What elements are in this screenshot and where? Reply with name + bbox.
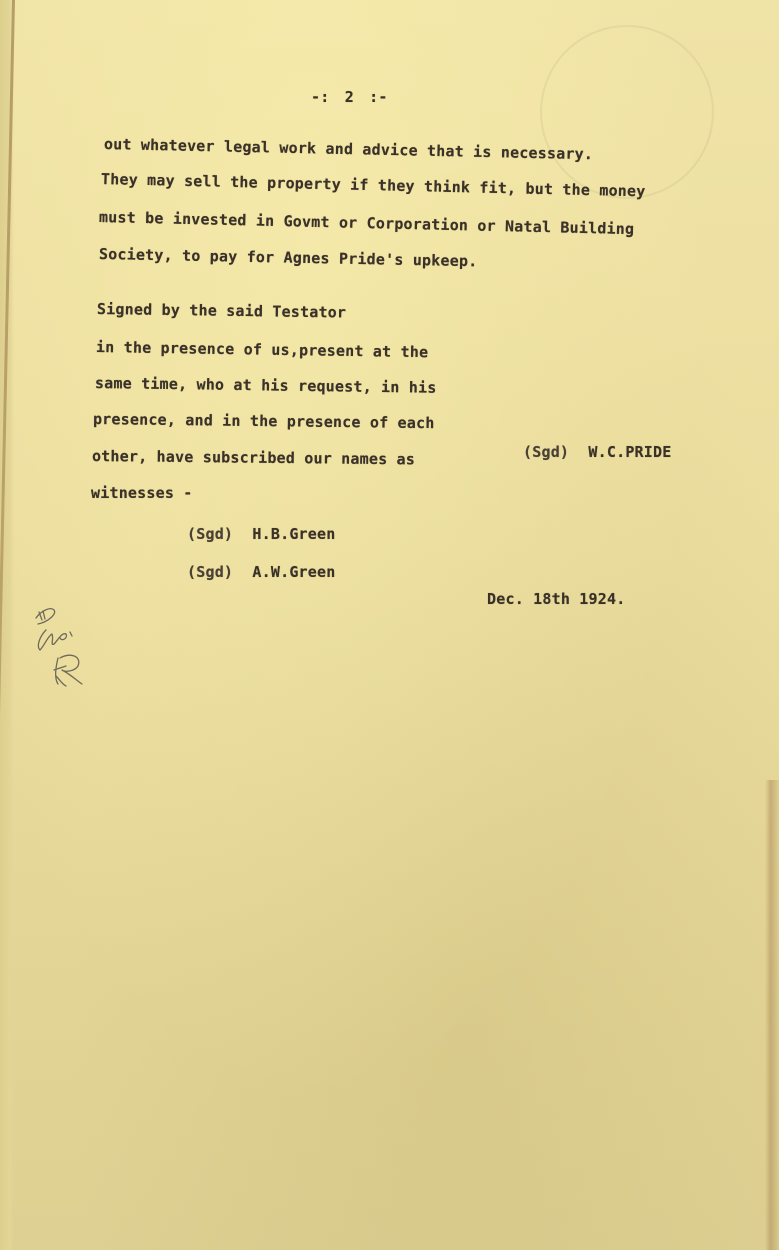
witness-signature-2: (Sgd) A.W.Green bbox=[187, 563, 335, 581]
attestation-line-5: other, have subscribed our names as bbox=[92, 447, 415, 468]
paragraph-line-4: Society, to pay for Agnes Pride's upkeep… bbox=[99, 245, 478, 270]
paper-left-edge bbox=[0, 0, 14, 1250]
attestation-line-6: witnesses - bbox=[91, 484, 193, 502]
attestation-line-4: presence, and in the presence of each bbox=[93, 410, 435, 432]
handwritten-initials-mark bbox=[30, 600, 100, 690]
attestation-line-3: same time, who at his request, in his bbox=[95, 374, 437, 397]
witness-2-name: A.W.Green bbox=[252, 563, 335, 581]
attestation-line-1: Signed by the said Testator bbox=[97, 300, 346, 321]
faint-stamp-bleedthrough bbox=[540, 25, 714, 199]
paragraph-line-3: must be invested in Govmt or Corporation… bbox=[99, 208, 635, 238]
document-page: -: 2 :- out whatever legal work and advi… bbox=[0, 0, 779, 1250]
attestation-line-2: in the presence of us,present at the bbox=[96, 338, 429, 361]
paper-right-edge-shadow bbox=[765, 780, 779, 1250]
testator-sgd-prefix: (Sgd) bbox=[523, 443, 569, 461]
witness-1-name: H.B.Green bbox=[252, 525, 335, 543]
testator-signature: (Sgd) W.C.PRIDE bbox=[523, 443, 671, 461]
witness-signature-1: (Sgd) H.B.Green bbox=[187, 525, 335, 543]
page-number: -: 2 :- bbox=[311, 88, 388, 106]
document-date: Dec. 18th 1924. bbox=[487, 590, 625, 608]
paragraph-line-1: out whatever legal work and advice that … bbox=[104, 135, 594, 163]
witness-2-sgd-prefix: (Sgd) bbox=[187, 563, 233, 581]
testator-name: W.C.PRIDE bbox=[588, 443, 671, 461]
paragraph-line-2: They may sell the property if they think… bbox=[101, 170, 646, 200]
witness-1-sgd-prefix: (Sgd) bbox=[187, 525, 233, 543]
